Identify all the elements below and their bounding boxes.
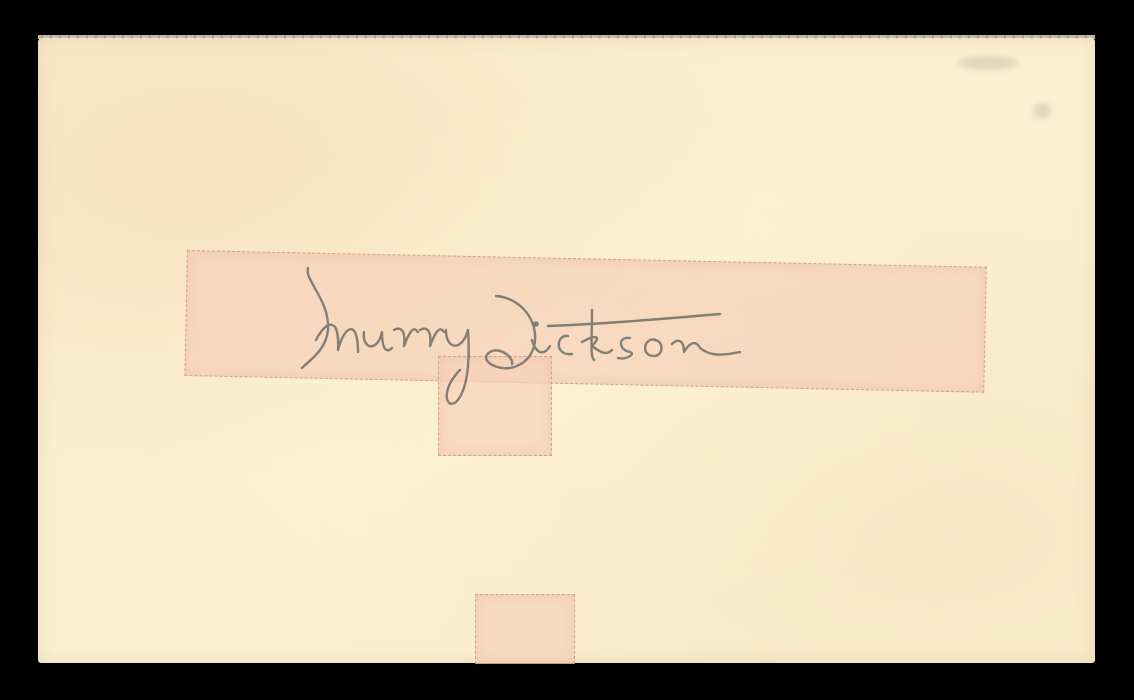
smudge-mark (1033, 103, 1051, 119)
autograph-card: Murry Dickson (38, 38, 1095, 663)
signature-text: Murry Dickson (300, 260, 301, 261)
tape-strip-bottom (475, 594, 575, 664)
smudge-mark (958, 56, 1018, 70)
signature: Murry Dickson (300, 260, 940, 410)
signature-stroke (300, 260, 940, 410)
